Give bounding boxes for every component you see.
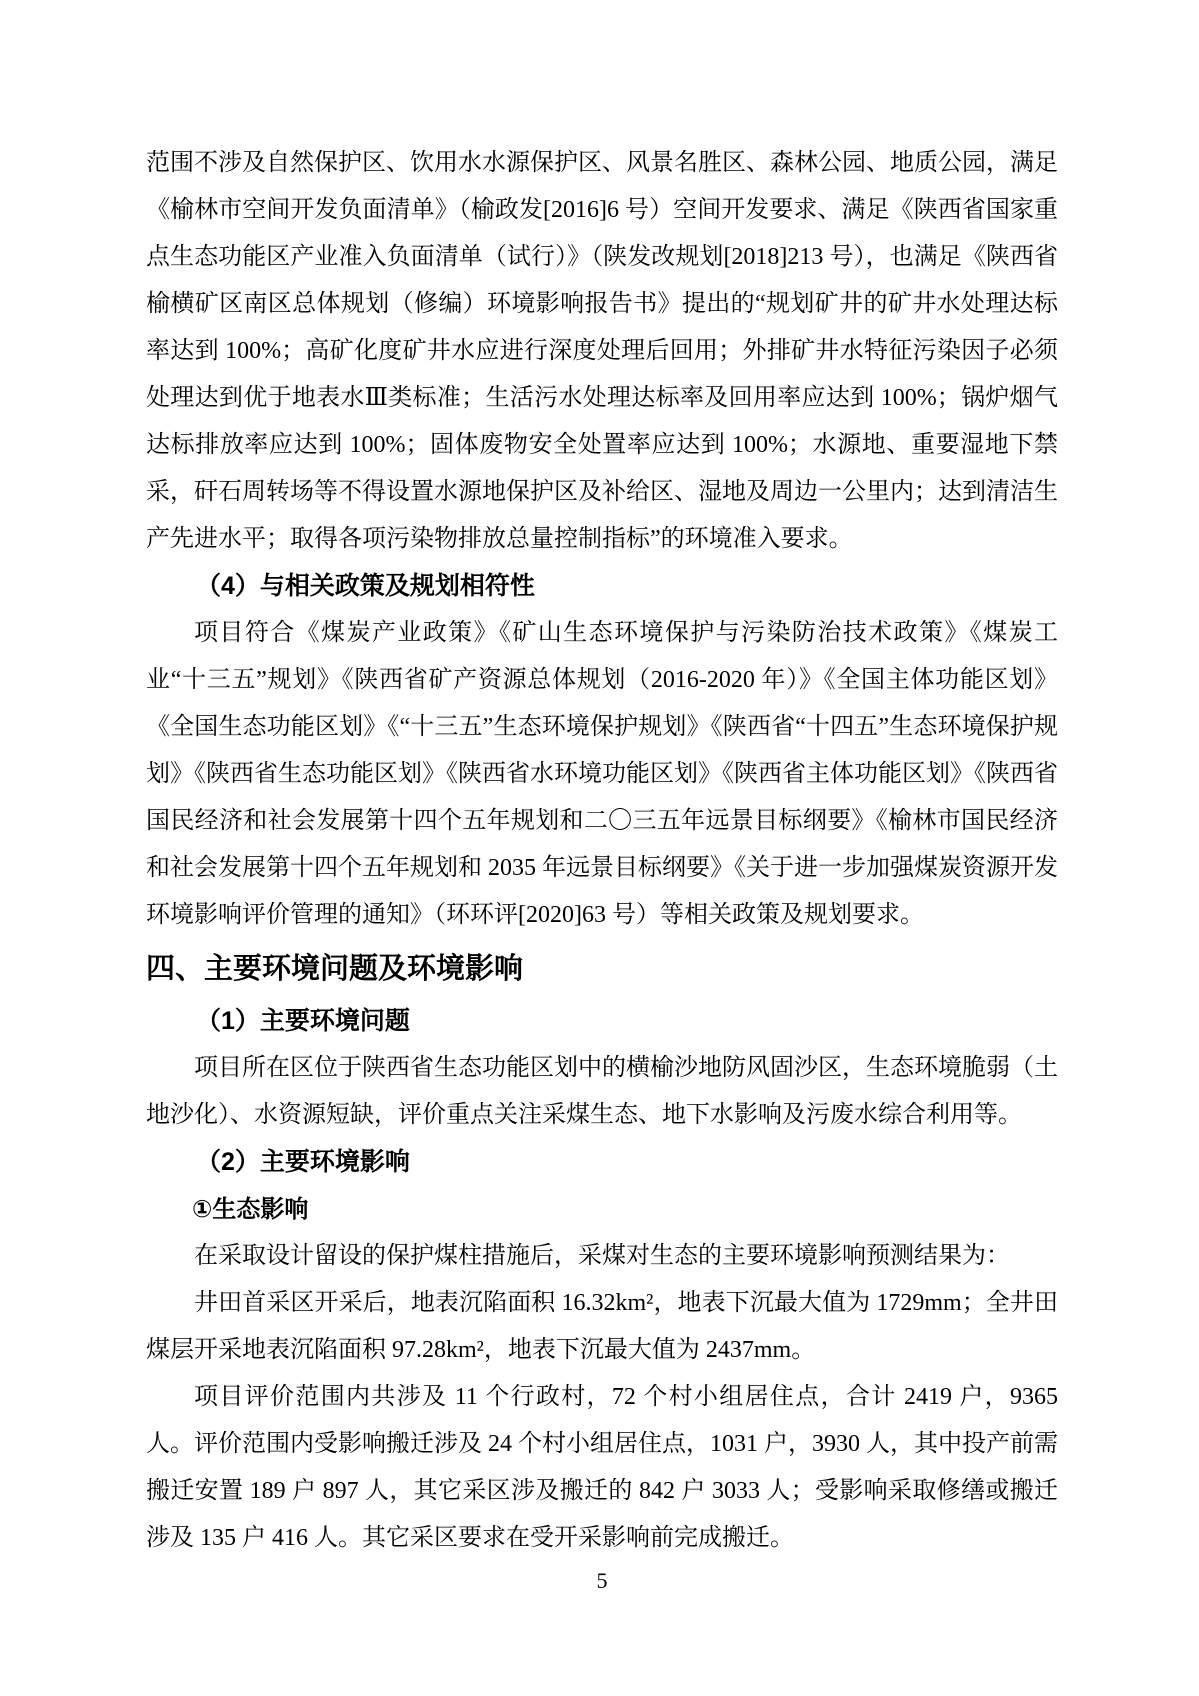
- heading-main-environmental-problems: （1）主要环境问题: [146, 998, 1058, 1045]
- paragraph-continued-environmental-access: 范围不涉及自然保护区、饮用水水源保护区、风景名胜区、森林公园、地质公园，满足《榆…: [146, 140, 1058, 563]
- heading-policy-plan-conformity: （4）与相关政策及规划相符性: [146, 563, 1058, 610]
- paragraph-prediction-intro: 在采取设计留设的保护煤柱措施后，采煤对生态的主要环境影响预测结果为：: [146, 1233, 1058, 1280]
- page-number: 5: [146, 1568, 1058, 1594]
- paragraph-subsidence-data: 井田首采区开采后，地表沉陷面积 16.32km²，地表下沉最大值为 1729mm…: [146, 1280, 1058, 1374]
- heading-ecological-impact: ①生态影响: [146, 1186, 1058, 1233]
- chapter-heading-main-environmental-issues: 四、主要环境问题及环境影响: [146, 940, 1058, 998]
- paragraph-policy-conformity: 项目符合《煤炭产业政策》《矿山生态环境保护与污染防治技术政策》《煤炭工业“十三五…: [146, 610, 1058, 939]
- heading-main-environmental-impacts: （2）主要环境影响: [146, 1139, 1058, 1186]
- paragraph-project-location: 项目所在区位于陕西省生态功能区划中的横榆沙地防风固沙区，生态环境脆弱（土地沙化）…: [146, 1045, 1058, 1139]
- paragraph-relocation-data: 项目评价范围内共涉及 11 个行政村，72 个村小组居住点，合计 2419 户，…: [146, 1374, 1058, 1562]
- document-page: 范围不涉及自然保护区、饮用水水源保护区、风景名胜区、森林公园、地质公园，满足《榆…: [0, 0, 1199, 1696]
